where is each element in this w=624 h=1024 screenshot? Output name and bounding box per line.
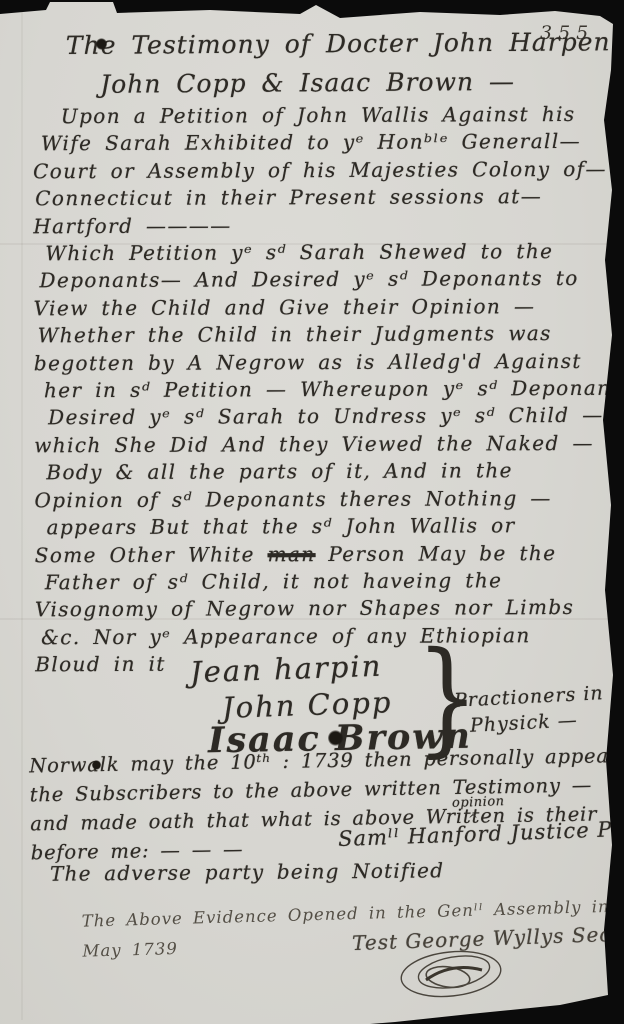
ink-blot	[92, 760, 101, 770]
brace-label-line-2: Physick —	[469, 709, 578, 737]
body-line: Desired yᵉ sᵈ Sarah to Undress yᵉ sᵈ Chi…	[48, 402, 624, 432]
heading-line-2: John Copp & Isaac Brown —	[100, 61, 624, 104]
body-line: Wife Sarah Exhibited to yᵉ Honᵇˡᵉ Genera…	[41, 128, 624, 158]
body-line: &c. Nor yᵉ Appearance of any Ethiopian	[41, 621, 624, 651]
body-line: Which Petition yᵉ sᵈ Sarah Shewed to the	[45, 238, 624, 268]
struck-line-pre: Some Other White	[35, 542, 268, 567]
struck-line-post: Person May be the	[315, 541, 556, 566]
body-line: Deponants— And Desired yᵉ sᵈ Deponants t…	[39, 265, 624, 295]
body-line: View the Child and Give their Opinion —	[34, 293, 624, 323]
body-line: Body & all the parts of it, And in the	[46, 457, 624, 487]
body-line: Whether the Child in their Judgments was	[38, 320, 624, 350]
fold-crease	[21, 10, 23, 1020]
body-line-with-strikethrough: Some Other White man Person May be the	[35, 539, 624, 569]
ink-blot	[328, 730, 343, 746]
body-line: Connecticut in their Present sessions at…	[35, 183, 624, 213]
testimony-body: Upon a Petition of John Wallis Against h…	[33, 101, 624, 679]
body-line: her in sᵈ Petition — Whereupon yᵉ sᵈ Dep…	[44, 375, 624, 405]
manuscript-scan: 355 The Testimony of Docter John Harpen …	[0, 0, 624, 1024]
body-line: Upon a Petition of John Wallis Against h…	[61, 101, 624, 131]
signature-jean-harpin: Jean harpin	[189, 649, 382, 690]
body-line: Father of sᵈ Child, it not haveing the	[45, 567, 624, 597]
body-line: Opinion of sᵈ Deponants theres Nothing —	[34, 484, 624, 514]
body-line: which She Did And they Viewed the Naked …	[34, 430, 624, 460]
inserted-word: opinion	[452, 794, 505, 811]
struck-word: man	[268, 542, 316, 566]
jurat-block: Norwalk may the 10ᵗʰ : 1739 then persona…	[29, 741, 624, 868]
pen-flourish	[396, 944, 506, 1004]
notice-line: The adverse party being Notified	[50, 858, 444, 885]
body-line: Visognomy of Negrow nor Shapes nor Limbs	[35, 594, 624, 624]
ink-blot	[96, 38, 107, 50]
body-line: Court or Assembly of his Majesties Colon…	[33, 156, 624, 186]
body-line: begotten by A Negrow as is Alledg'd Agai…	[34, 347, 624, 377]
heading-line-1: The Testimony of Docter John Harpen —	[66, 22, 624, 65]
paper-sheet: 355 The Testimony of Docter John Harpen …	[0, 0, 624, 1024]
body-line: appears But that the sᵈ John Wallis or	[47, 512, 624, 542]
body-line: Hartford ————	[33, 210, 624, 240]
doc-heading: The Testimony of Docter John Harpen — Jo…	[66, 22, 624, 104]
